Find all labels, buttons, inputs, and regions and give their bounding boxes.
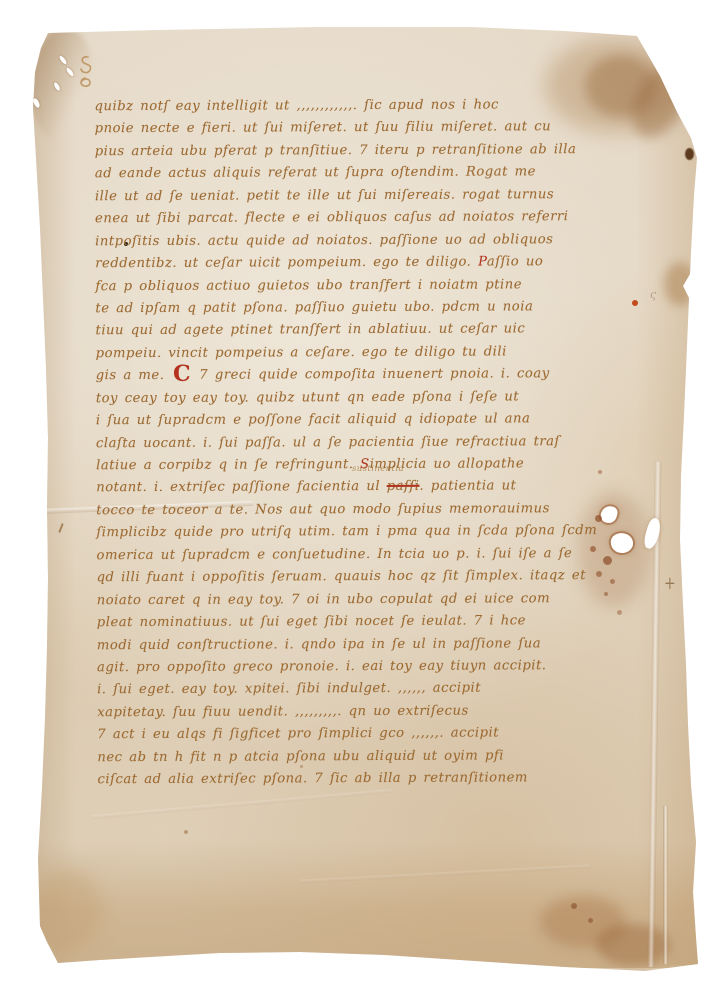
- text-line: agit. pro oppoſito greco pronoie. i. eai…: [97, 655, 657, 680]
- text-line: tocco te toceor a te. Nos aut quo modo ſ…: [96, 498, 656, 523]
- text-line: 7 act i eu alqs fi ſigficet pro ſimplici…: [97, 722, 657, 747]
- text-line: notant. i. extriſec paſſione facientia u…: [96, 475, 656, 500]
- text-segment: pius arteia ubu pferat p tranſitiue. 7 i…: [95, 142, 577, 159]
- text-segment: 7 act i eu alqs fi ſigficet pro ſimplici…: [97, 726, 499, 743]
- text-segment: intpoſitis ubis. actu quide ad noiatos. …: [95, 232, 553, 249]
- text-segment: omerica ut ſupradcm e conſuetudine. In t…: [96, 546, 572, 563]
- text-line: ciſcat ad alia extriſec pſona. 7 ſic ab …: [97, 767, 657, 792]
- crease: [663, 806, 668, 964]
- cross-mark: +: [664, 574, 676, 594]
- text-line: intpoſitis ubis. actu quide ad noiatos. …: [95, 228, 655, 253]
- stain: [30, 28, 76, 968]
- text-line: ad eande actus aliquis referat ut ſupra …: [95, 161, 655, 186]
- text-segment: S: [360, 457, 370, 472]
- text-segment: te ad ipſam q patit pſona. paſſiuo guiet…: [95, 299, 533, 316]
- text-line: pius arteia ubu pferat p tranſitiue. 7 i…: [95, 139, 655, 164]
- text-segment: ciſcat ad alia extriſec pſona. 7 ſic ab …: [97, 770, 527, 787]
- text-line: toy ceay toy eay toy. quibz utunt qn ead…: [96, 385, 656, 410]
- text-segment: nec ab tn h fit n p atcia pſona ubu aliq…: [97, 748, 504, 765]
- stain: [664, 262, 696, 306]
- text-line: i. ſui eget. eay toy. xpitei. ſibi indul…: [97, 677, 657, 702]
- text-segment: claſta uocant. i. ſui paſſa. ul a ſe pac…: [96, 434, 560, 451]
- rust-spot: [571, 903, 577, 909]
- text-segment: modi quid conſtructione. i. qndo ipa in …: [97, 636, 541, 653]
- stain: [30, 840, 698, 968]
- text-segment: implicia uo allopathe: [370, 456, 525, 472]
- text-line: te ad ipſam q patit pſona. paſſiuo guiet…: [95, 296, 655, 321]
- sewing-hole: [32, 97, 41, 108]
- text-segment: toy ceay toy eay toy. quibz utunt qn ead…: [96, 389, 519, 406]
- text-segment: tocco te toceor a te. Nos aut quo modo ſ…: [96, 501, 550, 518]
- text-segment: quibz notſ eay intelligit ut ,,,,,,,,,,,…: [94, 97, 498, 114]
- crease: [92, 789, 391, 819]
- text-segment: aſſio uo: [487, 254, 543, 269]
- text-line: reddentibz. ut ceſar uicit pompeium. ego…: [95, 251, 655, 276]
- text-segment: 7 greci quide compoſita inuenert pnoia. …: [193, 366, 550, 383]
- stain: [596, 924, 670, 966]
- text-segment: pleat nominatiuus. ut ſui eget ſibi noce…: [97, 613, 526, 630]
- manuscript-photo: + ς sustinentia quibz notſ eay intelligi…: [0, 0, 728, 1000]
- text-segment: pompeiu. vincit pompeius a ceſare. ego t…: [96, 344, 507, 361]
- text-line: qd illi fuant i oppoſitis ſeruam. quauis…: [97, 565, 657, 590]
- speck: [184, 830, 188, 834]
- crease: [300, 864, 590, 883]
- text-segment: xapitetay. ſuu fiuu uendit. ,,,,,,,,,. q…: [97, 703, 469, 720]
- text-segment: ſimplicibz quide pro utriſq utim. tam i …: [96, 523, 597, 540]
- sewing-hole: [65, 67, 74, 77]
- text-line: enea ut ſibi parcat. flecte e ei obliquo…: [95, 206, 655, 231]
- stain: [36, 868, 102, 952]
- text-segment: i ſua ut ſupradcm e poſſone facit aliqui…: [96, 411, 531, 428]
- text-block: quibz notſ eay intelligit ut ,,,,,,,,,,,…: [94, 94, 657, 792]
- text-segment: enea ut ſibi parcat. flecte e ei obliquo…: [95, 209, 569, 226]
- text-segment: tiuu qui ad agete ptinet tranſfert in ab…: [95, 322, 525, 339]
- text-line: tiuu qui ad agete ptinet tranſfert in ab…: [95, 318, 655, 343]
- text-line: noiato caret q in eay toy. 7 oi in ubo c…: [97, 587, 657, 612]
- text-line: omerica ut ſupradcm e conſuetudine. In t…: [96, 543, 656, 568]
- text-segment: P: [478, 255, 487, 270]
- fold-shadow: [26, 24, 98, 143]
- text-line: pnoie necte e fieri. ut ſui miſeret. ut …: [95, 116, 655, 141]
- text-segment: . patientia ut: [419, 479, 516, 494]
- text-line: quibz notſ eay intelligit ut ,,,,,,,,,,,…: [94, 94, 654, 119]
- text-line: ſimplicibz quide pro utriſq utim. tam i …: [96, 520, 656, 545]
- text-segment: paſſi: [387, 479, 420, 494]
- text-line: i ſua ut ſupradcm e poſſone facit aliqui…: [96, 408, 656, 433]
- rust-spot: [588, 918, 593, 923]
- text-line: claſta uocant. i. ſui paſſa. ul a ſe pac…: [96, 430, 656, 455]
- text-segment: agit. pro oppoſito greco pronoie. i. eai…: [97, 658, 547, 675]
- text-line: nec ab tn h fit n p atcia pſona ubu aliq…: [97, 744, 657, 769]
- text-segment: notant. i. extriſec paſſione facientia u…: [96, 479, 387, 495]
- text-line: latiue a corpibz q in ſe refringunt. Sim…: [96, 453, 656, 478]
- quire-mark-icon: [74, 54, 98, 92]
- text-segment: qd illi fuant i oppoſitis ſeruam. quauis…: [97, 568, 587, 585]
- pen-trial-mark: [58, 523, 64, 533]
- rubricated-initial: C: [171, 361, 193, 387]
- text-segment: noiato caret q in eay toy. 7 oi in ubo c…: [97, 591, 550, 608]
- parchment-leaf: + ς sustinentia quibz notſ eay intelligi…: [0, 0, 728, 1000]
- text-segment: reddentibz. ut ceſar uicit pompeium. ego…: [95, 255, 478, 272]
- text-line: ille ut ad ſe ueniat. petit te ille ut ſ…: [95, 184, 655, 209]
- text-segment: i. ſui eget. eay toy. xpitei. ſibi indul…: [97, 681, 481, 698]
- text-line: fca p obliquos actiuo guietos ubo tranſf…: [95, 273, 655, 298]
- text-segment: ille ut ad ſe ueniat. petit te ille ut ſ…: [95, 187, 554, 204]
- text-segment: gis a me.: [96, 368, 171, 383]
- text-line: modi quid conſtructione. i. qndo ipa in …: [97, 632, 657, 657]
- stain: [540, 896, 626, 948]
- text-line: pleat nominatiuus. ut ſui eget ſibi noce…: [97, 610, 657, 635]
- text-segment: fca p obliquos actiuo guietos ubo tranſf…: [95, 277, 522, 294]
- sewing-hole: [58, 55, 67, 65]
- text-line: xapitetay. ſuu fiuu uendit. ,,,,,,,,,. q…: [97, 700, 657, 725]
- edge-hole: [685, 148, 694, 160]
- text-segment: pnoie necte e fieri. ut ſui miſeret. ut …: [95, 120, 552, 137]
- text-line: gis a me. C 7 greci quide compoſita inue…: [96, 363, 656, 388]
- sewing-hole: [53, 82, 61, 92]
- text-segment: latiue a corpibz q in ſe refringunt.: [96, 457, 360, 473]
- text-segment: ad eande actus aliquis referat ut ſupra …: [95, 165, 536, 182]
